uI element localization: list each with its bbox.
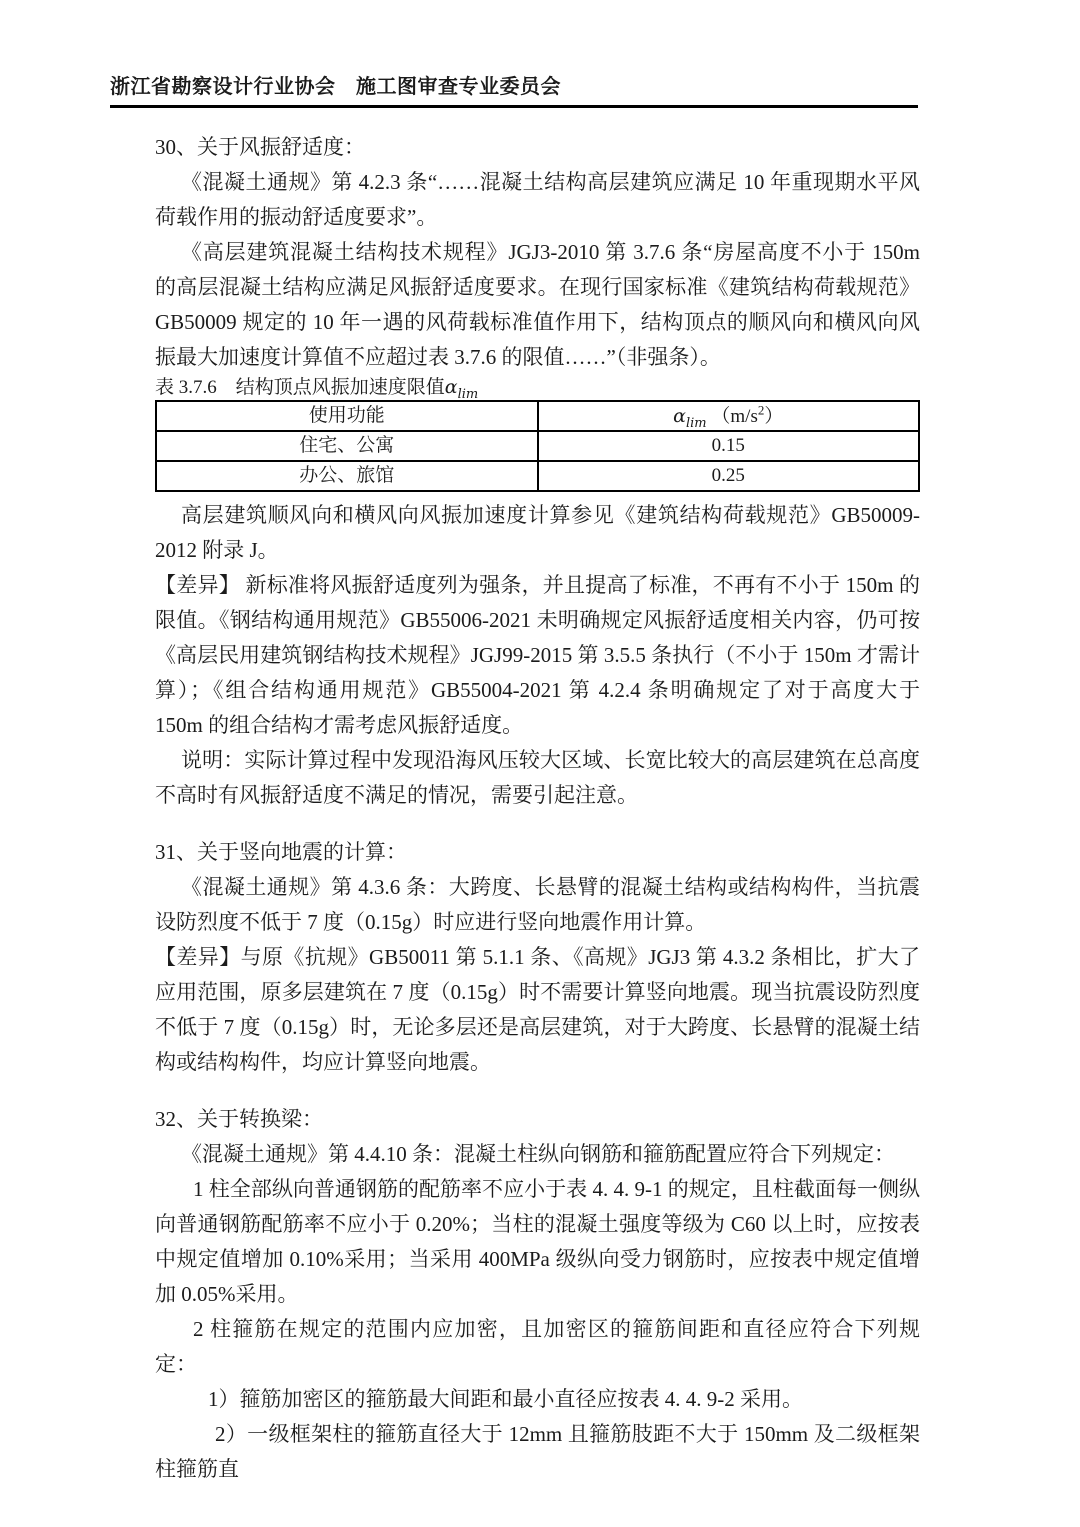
alpha-subscript: lim [686, 415, 707, 430]
explanation-paragraph: 说明：实际计算过程中发现沿海风压较大区域、长宽比较大的高层建筑在总高度不高时有风… [155, 743, 920, 813]
alpha-symbol: αlim [673, 405, 707, 427]
section-30-heading: 30、关于风振舒适度： [155, 130, 920, 165]
table-caption-text: 表 3.7.6 结构顶点风振加速度限值 [155, 377, 445, 398]
table-header-row: 使用功能 αlim （m/s2） [156, 401, 919, 431]
cell-limit: 0.15 [538, 431, 920, 461]
wind-acceleration-limit-table: 使用功能 αlim （m/s2） 住宅、公寓 0.15 办公、旅馆 0.25 [155, 400, 920, 492]
table-header-limit: αlim （m/s2） [538, 401, 920, 431]
cell-use: 办公、旅馆 [156, 461, 538, 491]
document-page: 浙江省勘察设计行业协会 施工图审查专业委员会 30、关于风振舒适度： 《混凝土通… [0, 0, 1080, 1527]
section-31: 31、关于竖向地震的计算： 《混凝土通规》第 4.3.6 条：大跨度、长悬臂的混… [155, 835, 920, 1080]
alpha-subscript: lim [458, 387, 479, 402]
cell-use: 住宅、公寓 [156, 431, 538, 461]
table-row: 住宅、公寓 0.15 [156, 431, 919, 461]
paragraph: 《混凝土通规》第 4.2.3 条“……混凝土结构高层建筑应满足 10 年重现期水… [155, 165, 920, 235]
document-header: 浙江省勘察设计行业协会 施工图审查专业委员会 [110, 70, 918, 108]
header-title: 浙江省勘察设计行业协会 施工图审查专业委员会 [110, 76, 561, 98]
unit-text-close: ） [764, 406, 783, 427]
paragraph: 《混凝土通规》第 4.3.6 条：大跨度、长悬臂的混凝土结构或结构构件，当抗震设… [155, 870, 920, 940]
paragraph: 高层建筑顺风向和横风向风振加速度计算参见《建筑结构荷载规范》GB50009-20… [155, 498, 920, 568]
alpha-symbol: αlim [445, 376, 479, 398]
cell-limit: 0.25 [538, 461, 920, 491]
table-caption: 表 3.7.6 结构顶点风振加速度限值αlim [155, 375, 920, 400]
document-body: 30、关于风振舒适度： 《混凝土通规》第 4.2.3 条“……混凝土结构高层建筑… [155, 130, 920, 1487]
difference-note-paragraph: 【差异】与原《抗规》GB50011 第 5.1.1 条、《高规》JGJ3 第 4… [155, 940, 920, 1080]
unit-text: （m/s [711, 406, 757, 427]
table-header-use: 使用功能 [156, 401, 538, 431]
paragraph: 《混凝土通规》第 4.4.10 条：混凝土柱纵向钢筋和箍筋配置应符合下列规定： [155, 1137, 920, 1172]
list-item-paragraph: 2 柱箍筋在规定的范围内应加密，且加密区的箍筋间距和直径应符合下列规定： [155, 1312, 920, 1382]
section-32: 32、关于转换梁： 《混凝土通规》第 4.4.10 条：混凝土柱纵向钢筋和箍筋配… [155, 1102, 920, 1487]
section-31-heading: 31、关于竖向地震的计算： [155, 835, 920, 870]
sub-item-paragraph: 1）箍筋加密区的箍筋最大间距和最小直径应按表 4. 4. 9-2 采用。 [155, 1382, 920, 1417]
difference-note-paragraph: 【差异】 新标准将风振舒适度列为强条，并且提高了标准，不再有不小于 150m 的… [155, 568, 920, 743]
list-item-paragraph: 1 柱全部纵向普通钢筋的配筋率不应小于表 4. 4. 9-1 的规定，且柱截面每… [155, 1172, 920, 1312]
sub-item-paragraph: 2）一级框架柱的箍筋直径大于 12mm 且箍筋肢距不大于 150mm 及二级框架… [155, 1417, 920, 1487]
section-30: 30、关于风振舒适度： 《混凝土通规》第 4.2.3 条“……混凝土结构高层建筑… [155, 130, 920, 813]
section-32-heading: 32、关于转换梁： [155, 1102, 920, 1137]
paragraph: 《高层建筑混凝土结构技术规程》JGJ3-2010 第 3.7.6 条“房屋高度不… [155, 235, 920, 375]
table-row: 办公、旅馆 0.25 [156, 461, 919, 491]
